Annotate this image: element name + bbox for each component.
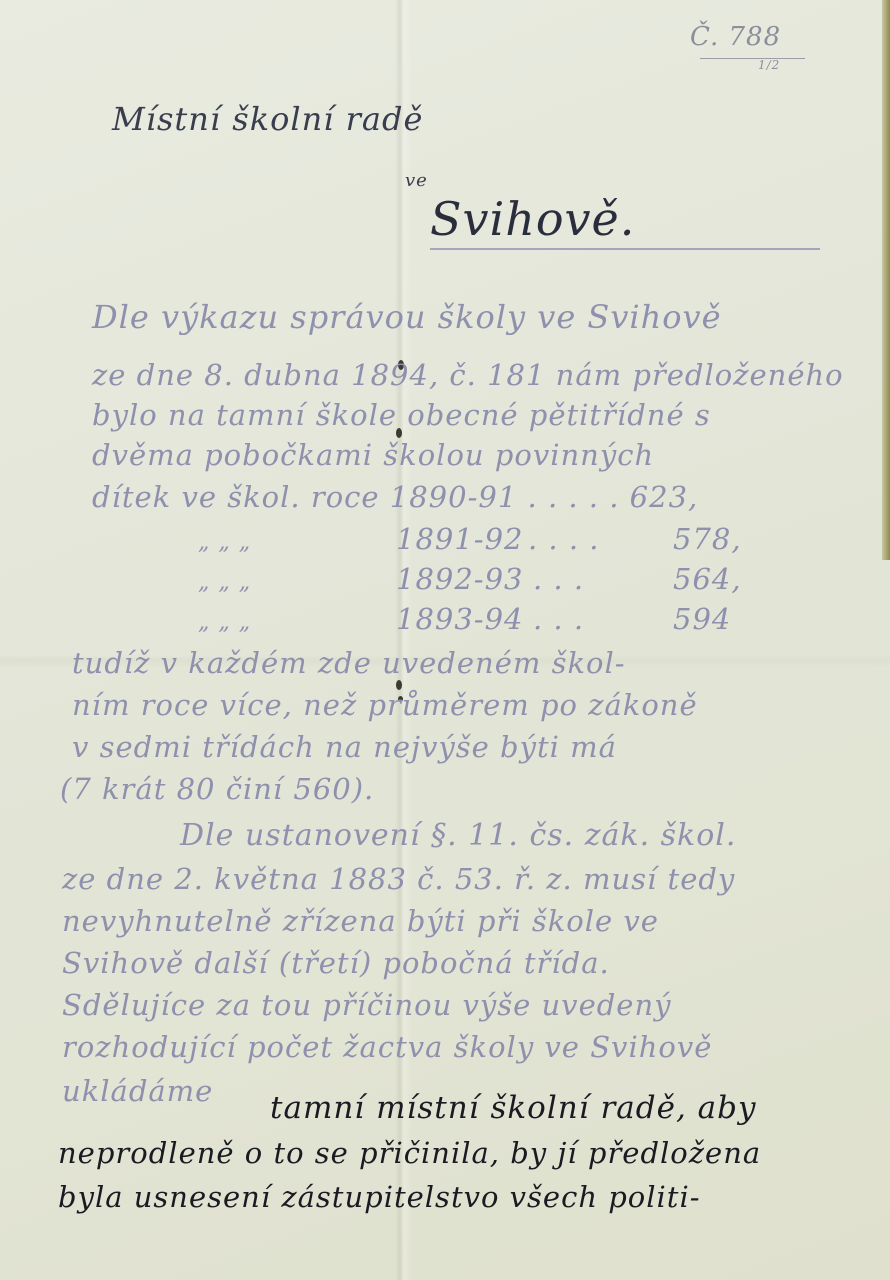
ditto-marks: „ „ „ (198, 530, 251, 555)
addressee-prefix: ve (405, 170, 428, 191)
row-dots: . . . . (528, 522, 600, 556)
addressee-title: Místní školní radě (112, 100, 423, 138)
row-dots: . . . (533, 602, 584, 636)
paper-edge (882, 0, 890, 560)
pupil-count: 594 (673, 602, 731, 636)
body-line: dítek ve škol. roce 1890-91 . . . . . 62… (92, 480, 698, 514)
pupil-count: 564, (673, 562, 742, 596)
ink-line: neprodleně o to se přičinila, by jí před… (58, 1136, 761, 1170)
reference-number: Č. 788 (690, 22, 781, 52)
body-line: ze dne 8. dubna 1894, č. 181 nám předlož… (92, 358, 844, 392)
document-page: Č. 788 1/2 Místní školní radě ve Svihově… (0, 0, 890, 1280)
row-dots: . . . (533, 562, 584, 596)
body-line: ním roce více, než průměrem po zákoně (72, 688, 698, 722)
school-year: 1893-94 (396, 602, 524, 636)
table-row: „ „ „ 1892-93 . . . 564, (198, 562, 251, 596)
body-line: nevyhnutelně zřízena býti při škole ve (62, 904, 659, 938)
body-line: rozhodující počet žactva školy ve Svihov… (62, 1030, 712, 1064)
reference-sub: 1/2 (758, 58, 780, 72)
school-year: 1892-93 (396, 562, 524, 596)
place-underline (430, 248, 820, 250)
body-line: Dle výkazu správou školy ve Svihově (92, 298, 722, 336)
ditto-marks: „ „ „ (198, 610, 251, 635)
table-row: „ „ „ 1893-94 . . . 594 (198, 602, 251, 636)
body-line: dvěma pobočkami školou povinných (92, 438, 654, 472)
table-row: „ „ „ 1891-92 . . . . 578, (198, 522, 251, 556)
school-year: 1891-92 (396, 522, 524, 556)
ink-line: tamní místní školní radě, aby (270, 1090, 757, 1126)
body-line: v sedmi třídách na nejvýše býti má (72, 730, 617, 764)
body-line: ukládáme (62, 1074, 213, 1108)
body-line: Dle ustanovení §. 11. čs. zák. škol. (180, 818, 736, 853)
reference-underline (700, 58, 805, 59)
body-line: Svihově další (třetí) pobočná třída. (62, 946, 610, 980)
body-line: (7 krát 80 činí 560). (60, 772, 374, 806)
body-line: bylo na tamní škole obecné pětitřídné s (92, 398, 711, 432)
ink-line: byla usnesení zástupitelstvo všech polit… (58, 1180, 701, 1214)
addressee-place: Svihově. (430, 192, 635, 246)
body-line: Sdělujíce za tou příčinou výše uvedený (62, 988, 672, 1022)
body-line: tudíž v každém zde uvedeném škol- (72, 646, 626, 680)
body-line: ze dne 2. května 1883 č. 53. ř. z. musí … (62, 862, 735, 896)
pupil-count: 578, (673, 522, 742, 556)
ditto-marks: „ „ „ (198, 570, 251, 595)
